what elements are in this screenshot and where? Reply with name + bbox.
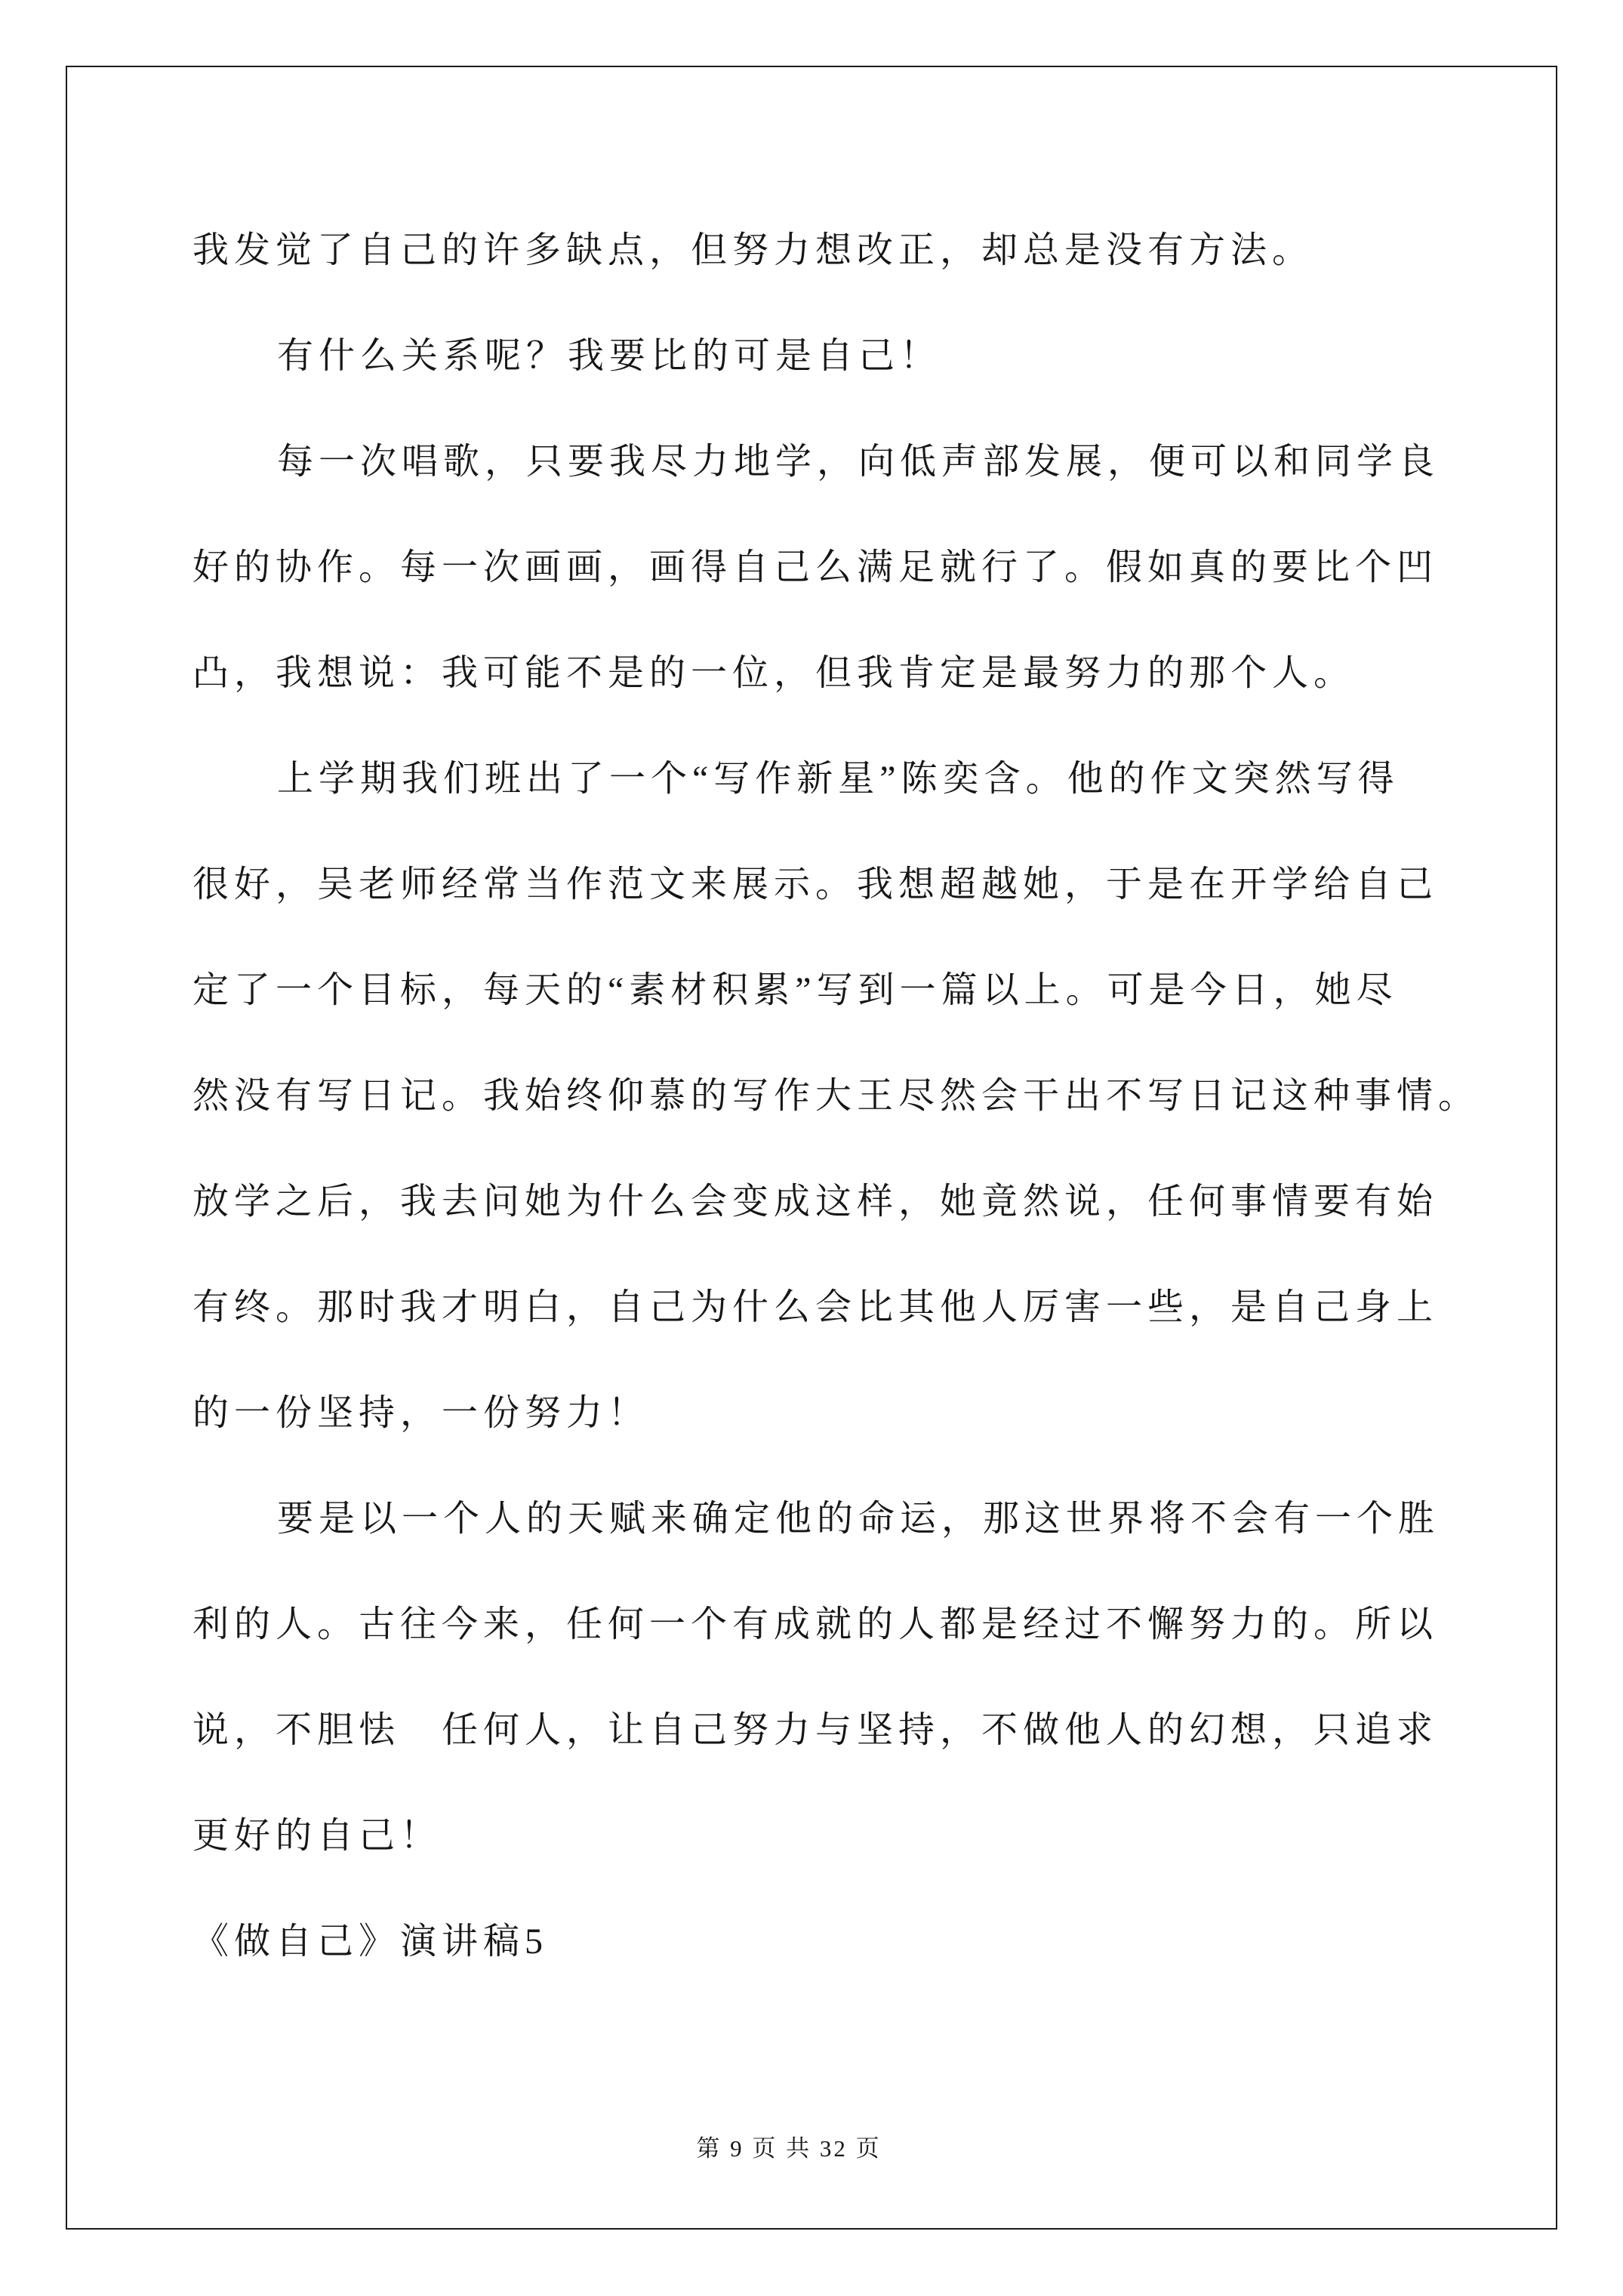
page-footer: 第 9 页 共 32 页	[0, 2129, 1578, 2163]
text-line: 然没有写日记。我始终仰慕的写作大王尽然会干出不写日记这种事情。	[192, 1043, 1521, 1149]
text-line: 的一份坚持，一份努力！	[192, 1361, 1521, 1466]
text-line: 要是以一个人的天赋来确定他的命运，那这世界将不会有一个胜	[192, 1466, 1521, 1572]
text-line: 有终。那时我才明白，自己为什么会比其他人厉害一些，是自己身上	[192, 1255, 1521, 1361]
text-line: 凸，我想说：我可能不是的一位，但我肯定是最努力的那个人。	[192, 621, 1521, 726]
text-line: 利的人。古往今来，任何一个有成就的人都是经过不懈努力的。所以	[192, 1572, 1521, 1678]
text-line: 上学期我们班出了一个“写作新星”陈奕含。他的作文突然写得	[192, 726, 1521, 832]
page-number-label: 第 9 页 共 32 页	[696, 2135, 881, 2162]
text-line: 每一次唱歌，只要我尽力地学，向低声部发展，便可以和同学良	[192, 409, 1521, 515]
section-title-line: 《做自己》演讲稿5	[192, 1889, 1521, 1995]
text-line: 我发觉了自己的许多缺点，但努力想改正，却总是没有方法。	[192, 198, 1521, 304]
text-line: 定了一个目标，每天的“素材积累”写到一篇以上。可是今日，她尽	[192, 938, 1521, 1043]
document-page: 我发觉了自己的许多缺点，但努力想改正，却总是没有方法。有什么关系呢？我要比的可是…	[0, 0, 1623, 2296]
text-line: 放学之后，我去问她为什么会变成这样，她竟然说，任何事情要有始	[192, 1149, 1521, 1255]
text-line: 更好的自己！	[192, 1783, 1521, 1889]
text-line: 有什么关系呢？我要比的可是自己！	[192, 304, 1521, 409]
text-line: 很好，吴老师经常当作范文来展示。我想超越她，于是在开学给自己	[192, 832, 1521, 938]
text-line: 说，不胆怯 任何人，让自己努力与坚持，不做他人的幻想，只追求	[192, 1678, 1521, 1783]
text-line: 好的协作。每一次画画，画得自己么满足就行了。假如真的要比个凹	[192, 515, 1521, 621]
body-text: 我发觉了自己的许多缺点，但努力想改正，却总是没有方法。有什么关系呢？我要比的可是…	[192, 198, 1521, 1995]
